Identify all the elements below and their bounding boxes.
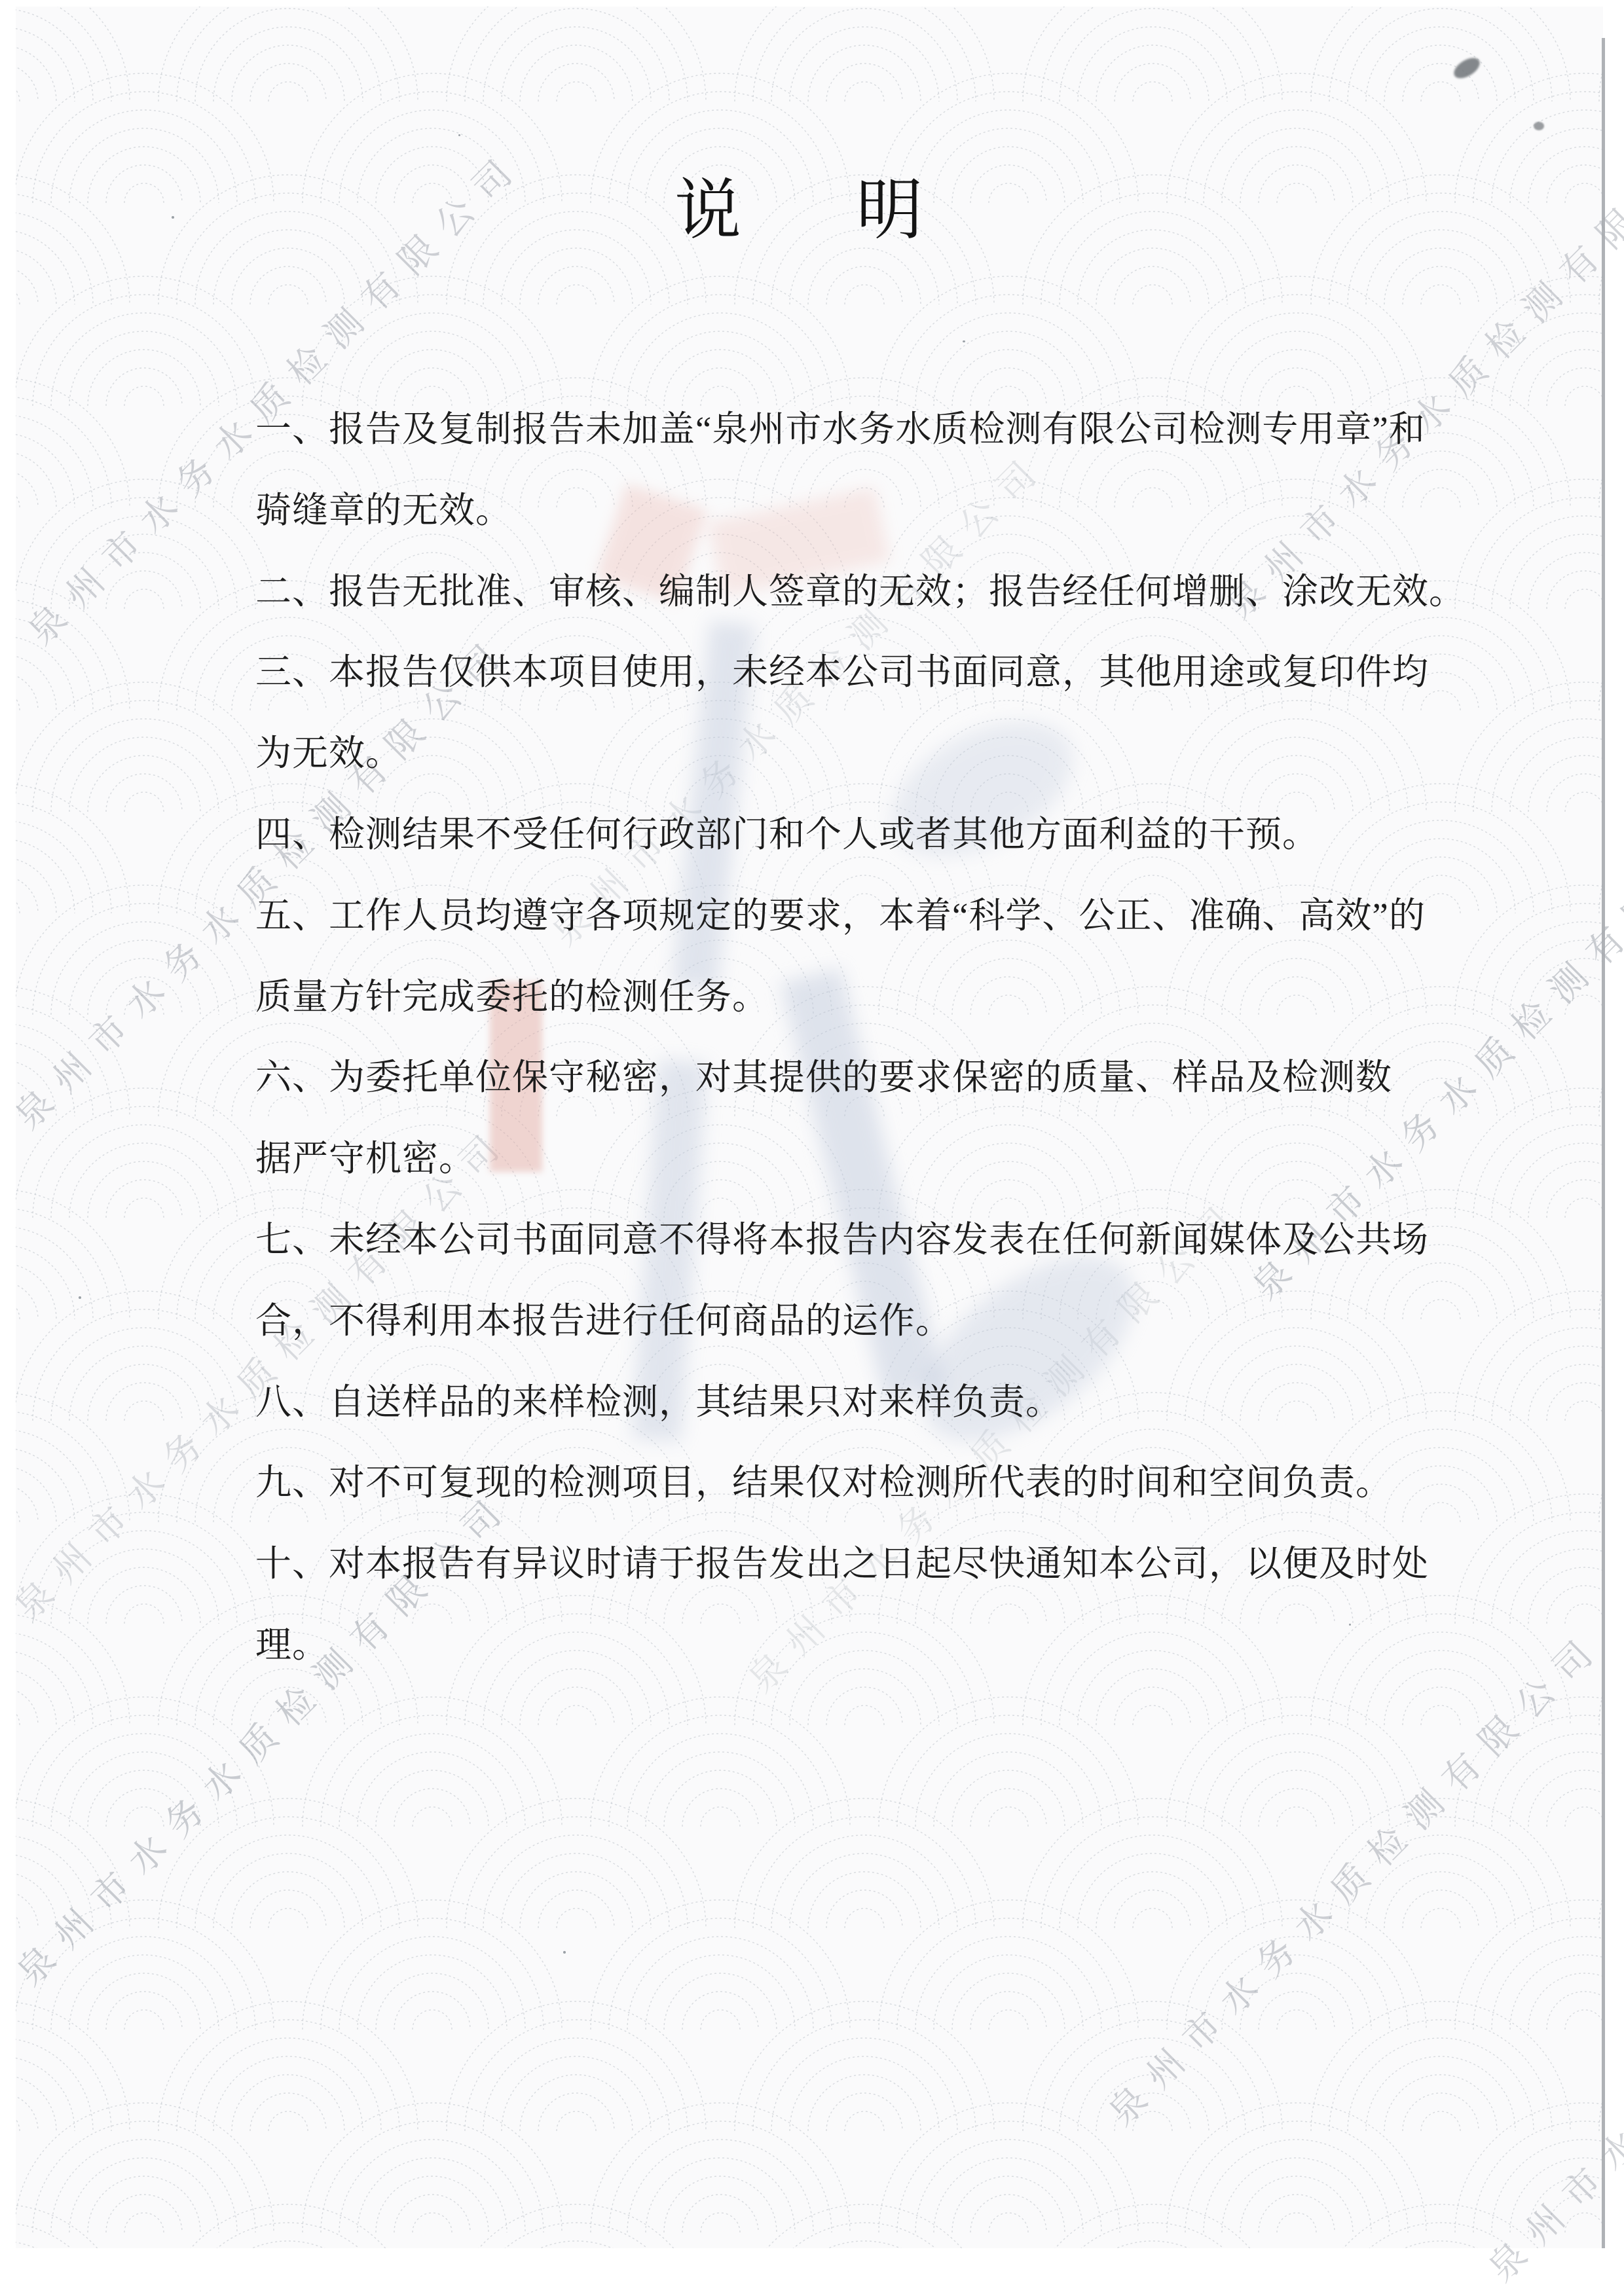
note-line: 理。: [255, 1625, 329, 1666]
note-line: 六、为委托单位保守秘密，对其提供的要求保密的质量、样品及检测数: [255, 1057, 1392, 1098]
scanned-report-notes-page: 泉州市水务水质检测有限公司 泉州市水务水质检测有限公司 泉州市水务水质检测有限公…: [0, 0, 1624, 2296]
scan-speck: [79, 1296, 81, 1299]
page-title: 说 明: [674, 157, 923, 253]
note-line: 据严守机密。: [255, 1139, 475, 1179]
note-line: 三、本报告仅供本项目使用，未经本公司书面同意，其他用途或复印件均: [255, 652, 1429, 693]
scan-speck: [1349, 1624, 1351, 1626]
note-line: 十、对本报告有异议时请于报告发出之日起尽快通知本公司，以便及时处: [255, 1544, 1429, 1584]
scan-edge-line: [1602, 38, 1605, 2248]
note-line: 合，不得利用本报告进行任何商品的运作。: [255, 1301, 952, 1341]
scan-speck: [458, 134, 460, 136]
scan-speck: [172, 216, 174, 219]
note-line: 五、工作人员均遵守各项规定的要求，本着“科学、公正、准确、高效”的: [255, 896, 1426, 936]
scan-speck: [563, 1951, 566, 1954]
note-line: 九、对不可复现的检测项目，结果仅对检测所代表的时间和空间负责。: [255, 1463, 1392, 1503]
note-line: 四、检测结果不受任何行政部门和个人或者其他方面利益的干预。: [255, 814, 1319, 855]
note-line: 为无效。: [255, 733, 402, 774]
note-line: 七、未经本公司书面同意不得将本报告内容发表在任何新闻媒体及公共场: [255, 1220, 1429, 1260]
note-line: 质量方针完成委托的检测任务。: [255, 977, 769, 1017]
scan-speck: [963, 340, 965, 342]
note-line: 八、自送样品的来样检测，其结果只对来样负责。: [255, 1382, 1062, 1423]
note-line: 骑缝章的无效。: [255, 490, 512, 531]
guilloche-pattern-background: [0, 0, 1624, 2296]
note-line: 一、报告及复制报告未加盖“泉州市水务水质检测有限公司检测专用章”和: [255, 409, 1426, 450]
note-line: 二、报告无批准、审核、编制人签章的无效；报告经任何增删、涂改无效。: [255, 572, 1466, 612]
scan-smudge: [1534, 122, 1544, 130]
